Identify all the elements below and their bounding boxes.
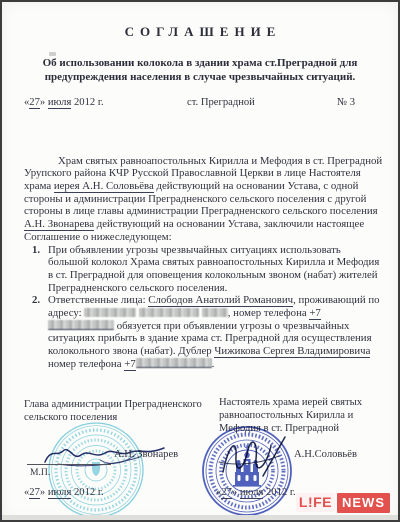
text-segment: А.Н. Звонарева bbox=[24, 218, 94, 231]
censored-text bbox=[202, 308, 228, 317]
text-segment: . bbox=[212, 358, 215, 370]
signature-solovyov-icon bbox=[215, 432, 293, 480]
document-place: ст. Преградной bbox=[187, 97, 255, 108]
scan-edge bbox=[2, 515, 398, 520]
signature-line bbox=[27, 464, 111, 465]
text-segment: номер телефона bbox=[48, 358, 124, 370]
preamble-paragraph: Храм святых равноапостольных Кирилла и М… bbox=[24, 155, 383, 244]
text-segment: июля bbox=[48, 487, 71, 499]
text-segment: 27 bbox=[221, 487, 232, 499]
text-segment: +7 bbox=[124, 358, 136, 371]
censored-text bbox=[84, 308, 136, 317]
text-segment: » bbox=[40, 97, 48, 108]
text-segment: 27 bbox=[29, 487, 40, 499]
signature-date-left: «27» июля 2012 г. bbox=[24, 486, 104, 499]
text-segment: июля bbox=[240, 487, 263, 499]
text-segment: , номер телефона bbox=[228, 307, 310, 319]
censored-text bbox=[139, 308, 199, 317]
signature-date-right: «27» июля 2012 г. bbox=[216, 486, 296, 499]
clause-number: 2. bbox=[32, 294, 48, 370]
text-segment: » bbox=[40, 487, 48, 498]
seal-placeholder-label: М.П. bbox=[30, 466, 50, 479]
clause-item-1: 1. При объявлении угрозы чрезвычайных си… bbox=[32, 244, 384, 295]
text-segment: » bbox=[232, 487, 240, 498]
dateline: «27» июля 2012 г. ст. Преградной № 3 bbox=[2, 97, 398, 111]
clause-item-2: 2. Ответственные лица: Слободов Анатолий… bbox=[32, 294, 384, 370]
round-stamp-administration-icon bbox=[46, 420, 146, 520]
text-segment: Ответственные лица: bbox=[48, 294, 148, 306]
clause-number: 1. bbox=[32, 244, 48, 295]
document-subtitle: Об использовании колокола в здании храма… bbox=[40, 57, 360, 85]
signatory-right-name: А.Н.Соловьёв bbox=[294, 448, 357, 461]
scan-smudge bbox=[49, 52, 56, 56]
lifenews-logo-life: L!FE bbox=[296, 493, 335, 512]
text-segment: Слободов Анатолий Романович bbox=[148, 294, 293, 307]
text-segment: При объявлении угрозы чрезвычайных ситуа… bbox=[48, 244, 379, 294]
document-number: № 3 bbox=[337, 97, 355, 108]
censored-text bbox=[48, 320, 114, 330]
document-title: СОГЛАШЕНИЕ bbox=[2, 24, 398, 40]
signatory-left-name: А.Н. Звонарев bbox=[114, 448, 178, 461]
scanned-agreement-document: СОГЛАШЕНИЕ Об использовании колокола в з… bbox=[0, 0, 400, 522]
document-date: «27» июля 2012 г. bbox=[24, 97, 104, 108]
clause-list: 1. При объявлении угрозы чрезвычайных си… bbox=[32, 244, 384, 371]
text-segment: 27 bbox=[29, 97, 40, 109]
censored-text bbox=[136, 358, 212, 368]
text-segment: Чижикова Сергея Владимировича bbox=[214, 345, 370, 358]
text-segment: июля bbox=[48, 97, 71, 109]
lifenews-watermark: L!FE NEWS bbox=[296, 493, 390, 514]
text-segment: 2012 г. bbox=[71, 97, 103, 108]
clause-text: Ответственные лица: Слободов Анатолий Ро… bbox=[48, 294, 384, 370]
text-segment: 2012 г. bbox=[263, 487, 295, 498]
lifenews-logo-news: NEWS bbox=[337, 493, 390, 514]
clause-text: При объявлении угрозы чрезвычайных ситуа… bbox=[48, 244, 384, 295]
text-segment: +7 bbox=[309, 307, 321, 320]
text-segment: иерея А.Н. Соловьёва bbox=[54, 180, 154, 193]
text-segment: 2012 г. bbox=[71, 487, 103, 498]
